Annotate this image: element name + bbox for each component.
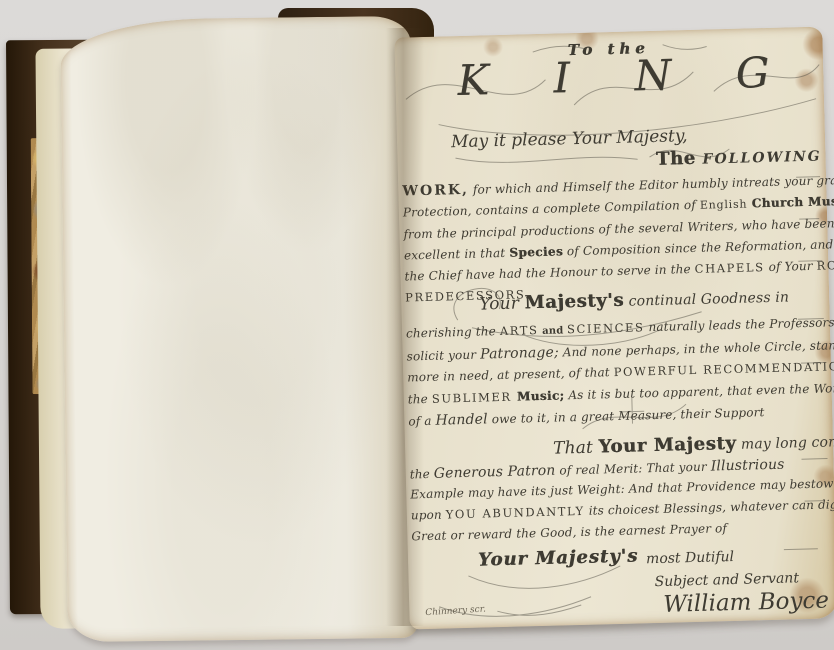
dedication-page: To the KING May it please Your Majesty, … [394,26,834,629]
signature-william-boyce: William Boyce [663,588,829,618]
heading-king: KING [457,52,770,102]
opening-line: The FOLLOWING [656,145,822,170]
photo-of-open-antique-book: { "colors":{ "background":"#d6d4d1","rig… [0,0,834,650]
closing-your-majestys: Your Majesty's [478,546,639,571]
blank-verso-page [60,16,418,642]
closing-most-dutiful: most Dutiful [646,549,734,567]
